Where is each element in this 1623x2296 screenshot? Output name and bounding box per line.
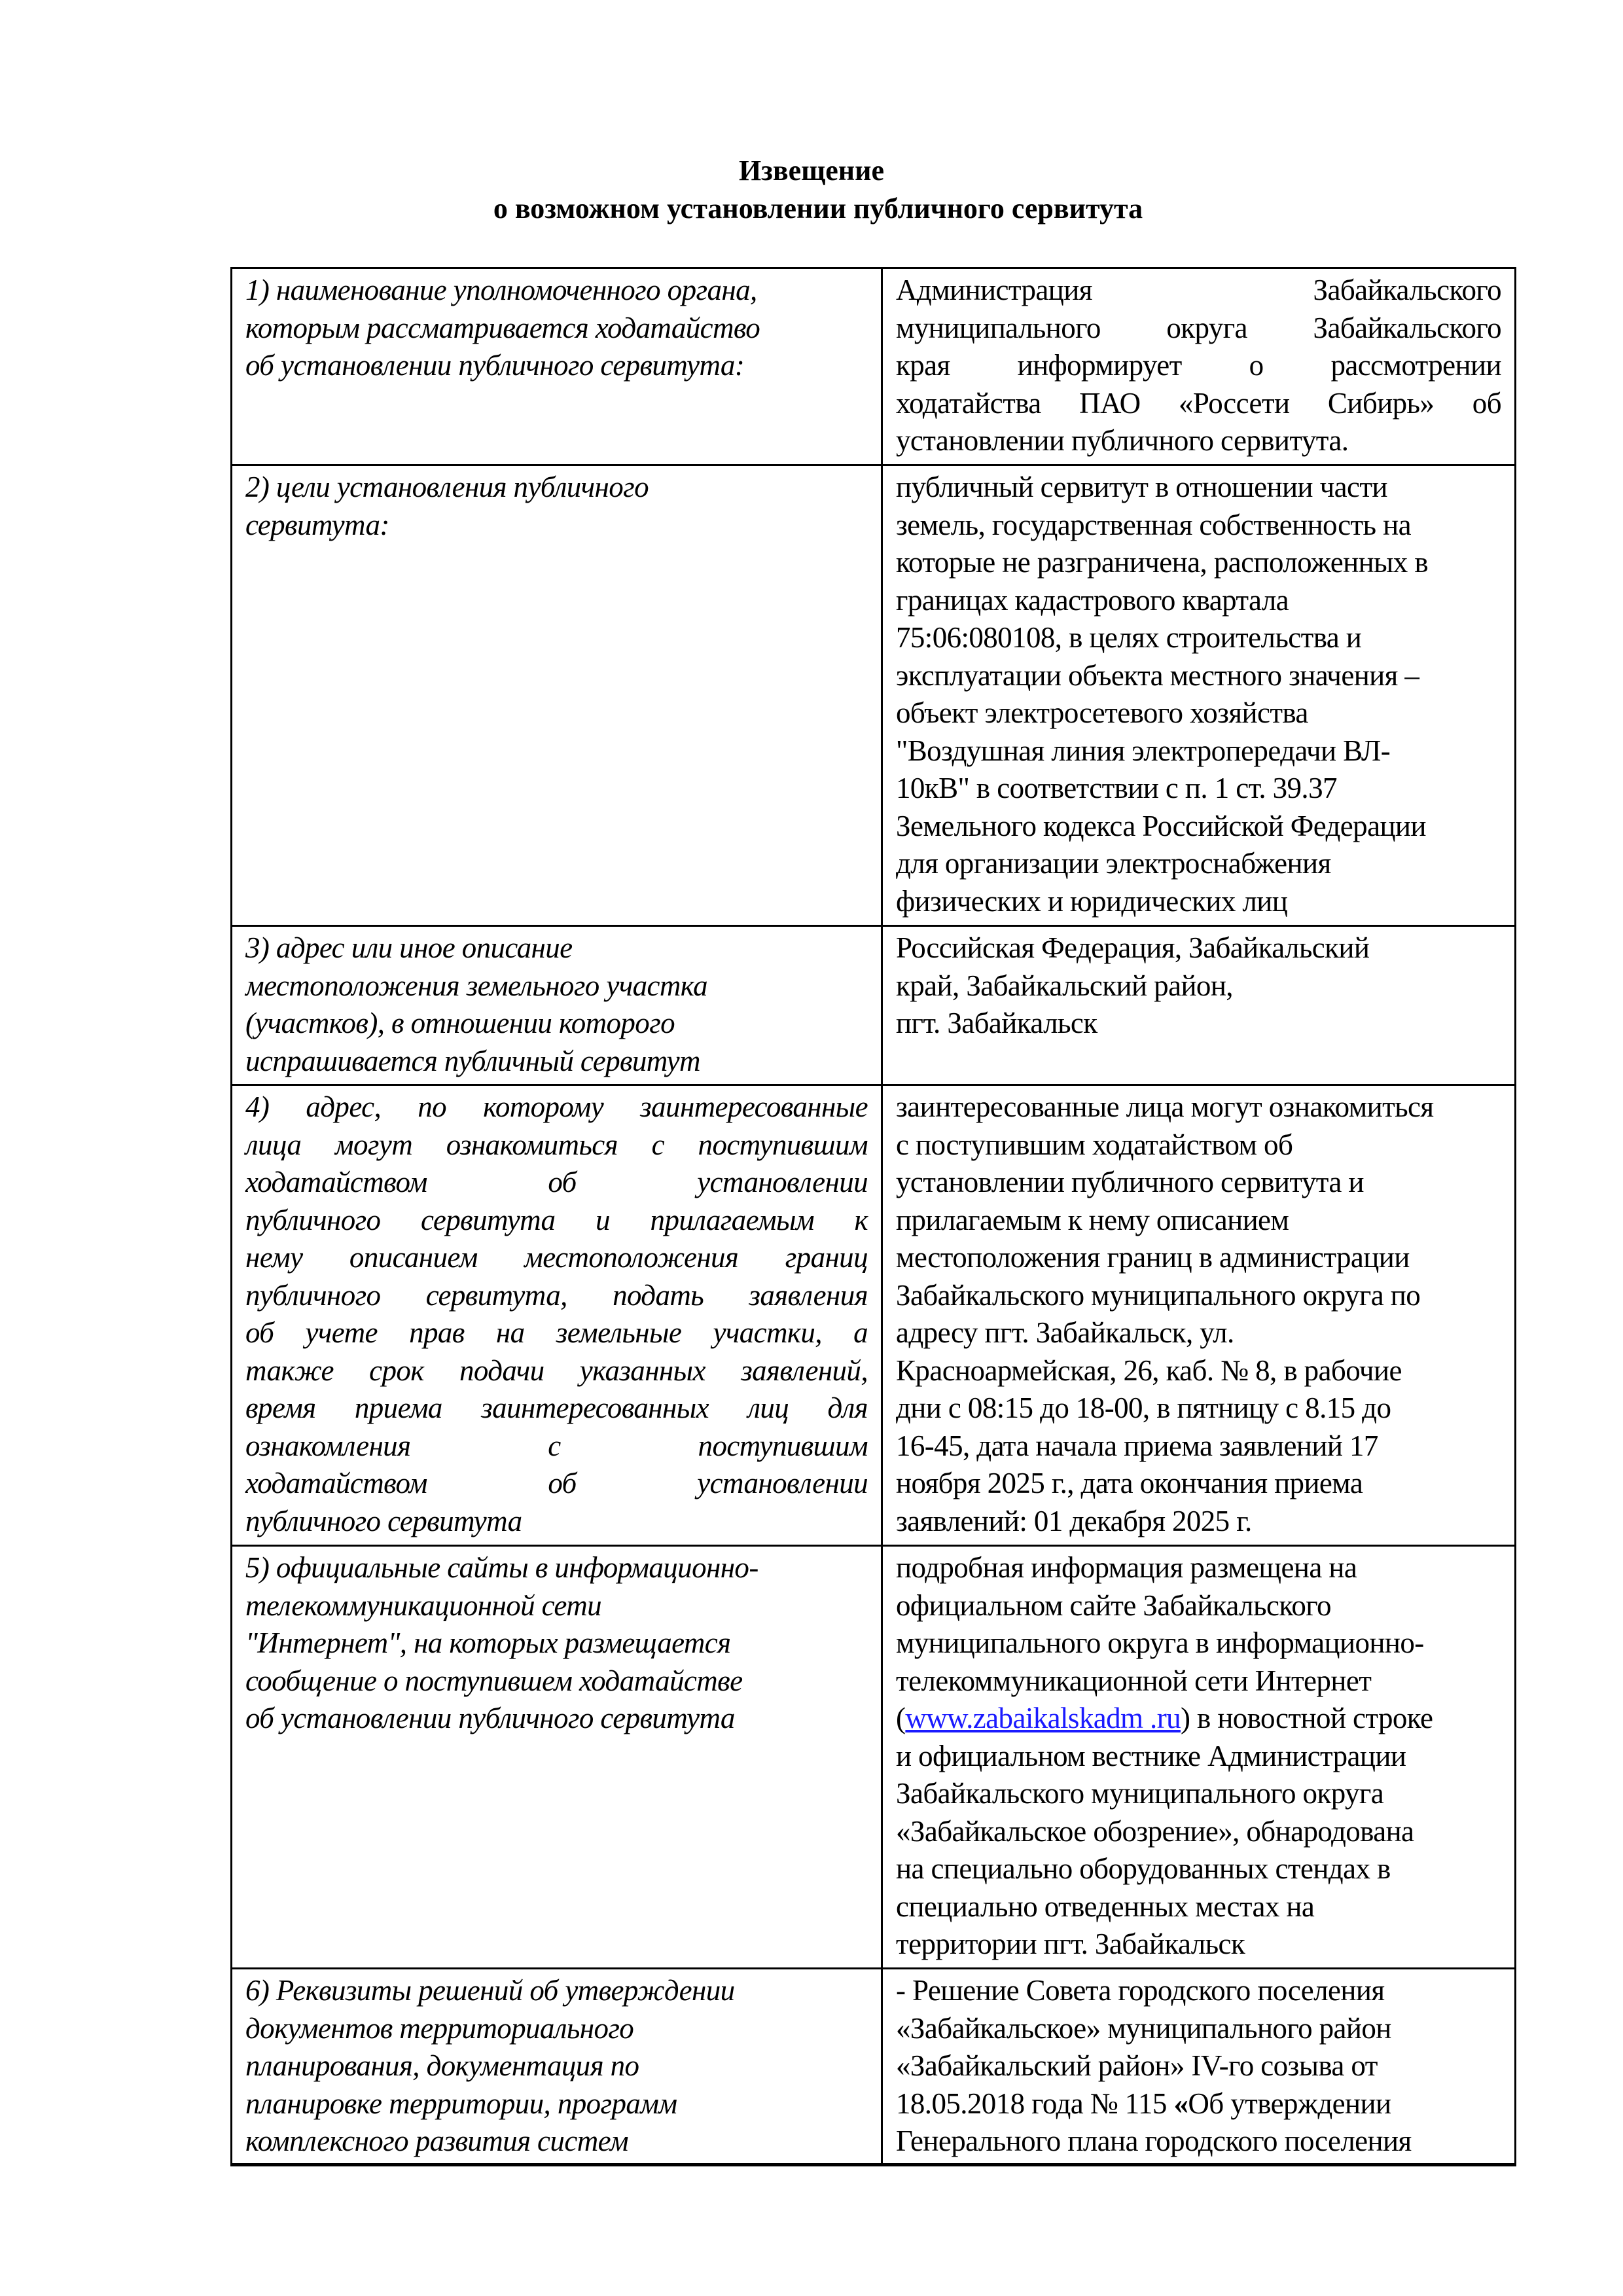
value-line: прилагаемым к нему описанием [896, 1202, 1501, 1240]
table-row: 6) Реквизиты решений об утверждении доку… [232, 1969, 1516, 2165]
label-line: испрашивается публичный сервитут [245, 1043, 868, 1081]
row-label: 3) адрес или иное описание местоположени… [232, 926, 882, 1085]
row-label: 2) цели установления публичного сервитут… [232, 465, 882, 926]
row-label: 4) адрес, по которому заинтересованные л… [232, 1085, 882, 1546]
value-line-with-link: (www.zabaikalskadm .ru) в новостной стро… [896, 1700, 1501, 1738]
value-line: край, Забайкальский район, [896, 967, 1501, 1005]
label-line: 5) официальные сайты в информационно- [245, 1549, 868, 1587]
label-line: (участков), в отношении которого [245, 1005, 868, 1043]
title-line-2: о возможном установлении публичного серв… [13, 190, 1623, 228]
label-line: об установлении публичного сервитута [245, 1700, 868, 1738]
label-line: публичного сервитута, подать заявления [245, 1277, 868, 1315]
label-line: 6) Реквизиты решений об утверждении [245, 1972, 868, 2010]
row-label: 5) официальные сайты в информационно- те… [232, 1546, 882, 1969]
value-line: публичный сервитут в отношении части [896, 469, 1501, 507]
value-line: установлении публичного сервитута. [896, 422, 1501, 460]
label-line: телекоммуникационной сети [245, 1587, 868, 1625]
value-line: с поступившим ходатайством об [896, 1126, 1501, 1164]
row-value: публичный сервитут в отношении части зем… [882, 465, 1516, 926]
label-line: время приема заинтересованных лиц для [245, 1390, 868, 1427]
label-line: публичного сервитута и прилагаемым к [245, 1202, 868, 1240]
value-line: заинтересованные лица могут ознакомиться [896, 1088, 1501, 1126]
title-line-1: Извещение [0, 152, 1623, 190]
value-line: Российская Федерация, Забайкальский [896, 929, 1501, 967]
value-line: "Воздушная линия электропередачи ВЛ- [896, 732, 1501, 770]
value-line: на специально оборудованных стендах в [896, 1850, 1501, 1888]
value-line: эксплуатации объекта местного значения – [896, 657, 1501, 695]
table-row: 4) адрес, по которому заинтересованные л… [232, 1085, 1516, 1546]
value-line: Забайкальского муниципального округа по [896, 1277, 1501, 1315]
value-line: местоположения границ в администрации [896, 1239, 1501, 1277]
label-line: лица могут ознакомиться с поступившим [245, 1126, 868, 1164]
label-line: "Интернет", на которых размещается [245, 1624, 868, 1662]
value-line: Забайкальского муниципального округа [896, 1775, 1501, 1813]
value-line: подробная информация размещена на [896, 1549, 1501, 1587]
label-line: планировке территории, программ [245, 2085, 868, 2123]
value-line: 10кВ" в соответствии с п. 1 ст. 39.37 [896, 770, 1501, 808]
label-line: сервитута: [245, 507, 868, 545]
value-line: дни с 08:15 до 18-00, в пятницу с 8.15 д… [896, 1390, 1501, 1427]
value-line: муниципального округа в информационно- [896, 1624, 1501, 1662]
link-suffix: ) в новостной строке [1181, 1702, 1433, 1734]
value-line: официальном сайте Забайкальского [896, 1587, 1501, 1625]
opening-quote: « [1173, 2087, 1188, 2120]
row-value: подробная информация размещена на официа… [882, 1546, 1516, 1969]
value-line: «Забайкальское» муниципального район [896, 2010, 1501, 2048]
label-line: также срок подачи указанных заявлений, [245, 1352, 868, 1390]
decision-title-start: Об утверждении [1188, 2087, 1391, 2120]
value-line: ноября 2025 г., дата окончания приема [896, 1465, 1501, 1503]
table-row: 2) цели установления публичного сервитут… [232, 465, 1516, 926]
value-line: заявлений: 01 декабря 2025 г. [896, 1503, 1501, 1541]
decision-number-text: 18.05.2018 года № 115 [896, 2087, 1173, 2120]
value-line: «Забайкальское обозрение», обнародована [896, 1813, 1501, 1851]
label-line: нему описанием местоположения границ [245, 1239, 868, 1277]
value-line: 16-45, дата начала приема заявлений 17 [896, 1427, 1501, 1465]
value-line: муниципального округа Забайкальского [896, 310, 1501, 348]
value-line: объект электросетевого хозяйства [896, 694, 1501, 732]
value-line: ходатайства ПАО «Россети Сибирь» об [896, 385, 1501, 423]
label-line: 3) адрес или иное описание [245, 929, 868, 967]
label-line: 1) наименование уполномоченного органа, [245, 272, 868, 310]
value-line: и официальном вестнике Администрации [896, 1738, 1501, 1776]
value-line: территории пгт. Забайкальск [896, 1926, 1501, 1964]
label-line: ходатайством об установлении [245, 1465, 868, 1503]
row-value: Администрация Забайкальского муниципальн… [882, 268, 1516, 465]
value-line: физических и юридических лиц [896, 883, 1501, 921]
row-label: 6) Реквизиты решений об утверждении доку… [232, 1969, 882, 2165]
value-line: специально отведенных местах на [896, 1888, 1501, 1926]
notice-table: 1) наименование уполномоченного органа, … [230, 267, 1516, 2166]
row-value: заинтересованные лица могут ознакомиться… [882, 1085, 1516, 1546]
value-line: границах кадастрового квартала [896, 582, 1501, 620]
link-prefix: ( [896, 1702, 905, 1734]
label-line: которым рассматривается ходатайство [245, 310, 868, 348]
value-line: - Решение Совета городского поселения [896, 1972, 1501, 2010]
label-line: публичного сервитута [245, 1503, 868, 1541]
label-line: 2) цели установления публичного [245, 469, 868, 507]
label-line: ознакомления с поступившим [245, 1427, 868, 1465]
label-line: документов территориального [245, 2010, 868, 2048]
label-line: ходатайством об установлении [245, 1164, 868, 1202]
row-value: - Решение Совета городского поселения «З… [882, 1969, 1516, 2165]
row-label: 1) наименование уполномоченного органа, … [232, 268, 882, 465]
value-line: Земельного кодекса Российской Федерации [896, 808, 1501, 846]
table-row: 3) адрес или иное описание местоположени… [232, 926, 1516, 1085]
value-line: Генерального плана городского поселения [896, 2123, 1501, 2161]
label-line: 4) адрес, по которому заинтересованные [245, 1088, 868, 1126]
label-line: об учете прав на земельные участки, а [245, 1314, 868, 1352]
value-line: для организации электроснабжения [896, 845, 1501, 883]
value-line: 75:06:080108, в целях строительства и [896, 619, 1501, 657]
label-line: планирования, документация по [245, 2047, 868, 2085]
value-line: которые не разграничена, расположенных в [896, 544, 1501, 582]
value-line: края информирует о рассмотрении [896, 347, 1501, 385]
website-link[interactable]: www.zabaikalskadm .ru [905, 1702, 1181, 1734]
label-line: комплексного развития систем [245, 2123, 868, 2161]
value-line: 18.05.2018 года № 115 «Об утверждении [896, 2085, 1501, 2123]
table-row: 5) официальные сайты в информационно- те… [232, 1546, 1516, 1969]
value-line: адресу пгт. Забайкальск, ул. [896, 1314, 1501, 1352]
page-title: Извещение о возможном установлении публи… [0, 152, 1623, 228]
value-line: телекоммуникационной сети Интернет [896, 1662, 1501, 1700]
row-value: Российская Федерация, Забайкальский край… [882, 926, 1516, 1085]
label-line: об установлении публичного сервитута: [245, 347, 868, 385]
value-line: пгт. Забайкальск [896, 1005, 1501, 1043]
value-line: установлении публичного сервитута и [896, 1164, 1501, 1202]
label-line: местоположения земельного участка [245, 967, 868, 1005]
value-line: «Забайкальский район» IV-го созыва от [896, 2047, 1501, 2085]
value-line: Красноармейская, 26, каб. № 8, в рабочие [896, 1352, 1501, 1390]
value-line: Администрация Забайкальского [896, 272, 1501, 310]
table-row: 1) наименование уполномоченного органа, … [232, 268, 1516, 465]
label-line: сообщение о поступившем ходатайстве [245, 1662, 868, 1700]
value-line: земель, государственная собственность на [896, 507, 1501, 545]
